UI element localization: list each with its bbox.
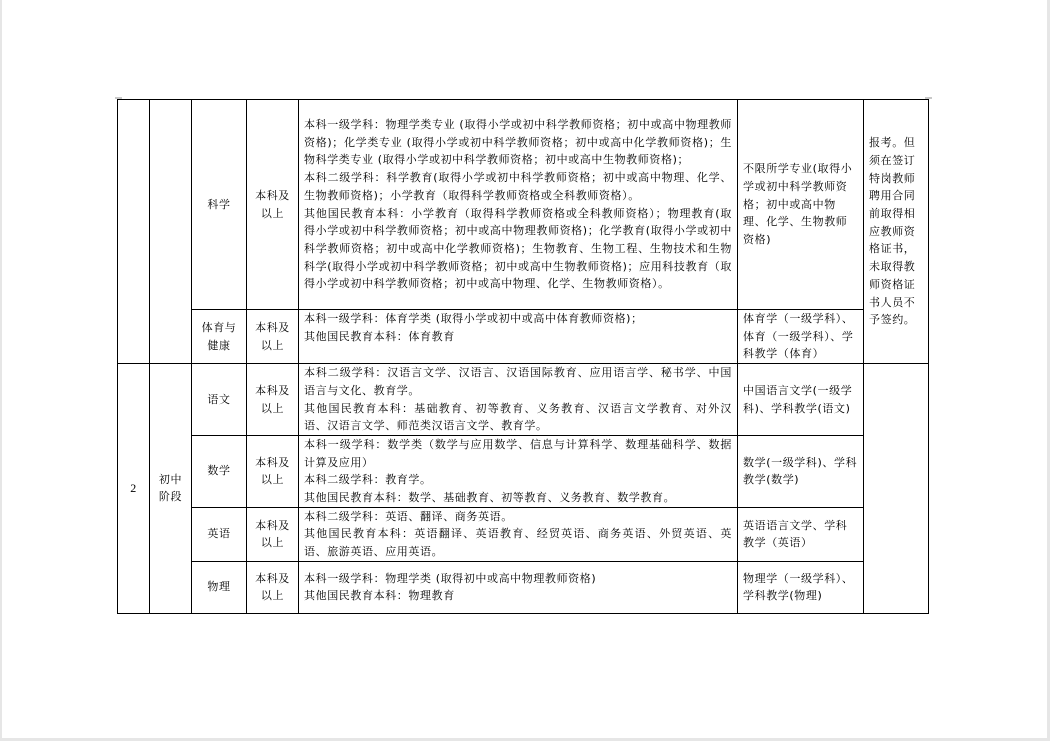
undergrad-major-cell: 本科一级学科：数学类（数学与应用数学、信息与计算科学、数理基础科学、数据计算及应… xyxy=(299,435,738,507)
education-cell: 本科及以上 xyxy=(247,310,299,364)
subject-cell: 数学 xyxy=(192,435,247,507)
undergrad-major-cell: 本科二级学科：英语、翻译、商务英语。 其他国民教育本科：英语翻译、英语教育、经贸… xyxy=(299,507,738,561)
graduate-major-cell: 数学(一级学科)、学科教学(数学) xyxy=(738,435,864,507)
table-row: 科学 本科及以上 本科一级学科：物理学类专业 (取得小学或初中科学教师资格；初中… xyxy=(118,100,929,310)
table-row: 2 初中阶段 语文 本科及以上 本科二级学科：汉语言文学、汉语言、汉语国际教育、… xyxy=(118,364,929,436)
note-cell-empty xyxy=(864,364,929,614)
stage-cell xyxy=(150,100,192,364)
subject-cell: 语文 xyxy=(192,364,247,436)
subject-cell: 科学 xyxy=(192,100,247,310)
subject-cell: 英语 xyxy=(192,507,247,561)
graduate-major-cell: 物理学（一级学科）、学科教学(物理) xyxy=(738,561,864,613)
table-row: 物理 本科及以上 本科一级学科：物理学类 (取得初中或高中物理教师资格) 其他国… xyxy=(118,561,929,613)
education-cell: 本科及以上 xyxy=(247,561,299,613)
undergrad-major-cell: 本科一级学科：体育学类 (取得小学或初中或高中体育教师资格)； 其他国民教育本科… xyxy=(299,310,738,364)
education-cell: 本科及以上 xyxy=(247,100,299,310)
stage-cell: 初中阶段 xyxy=(150,364,192,614)
education-cell: 本科及以上 xyxy=(247,435,299,507)
undergrad-major-cell: 本科一级学科：物理学类专业 (取得小学或初中科学教师资格；初中或高中物理教师资格… xyxy=(299,100,738,310)
graduate-major-cell: 中国语言文学(一级学科)、学科教学(语文) xyxy=(738,364,864,436)
education-cell: 本科及以上 xyxy=(247,364,299,436)
stage-number-cell: 2 xyxy=(118,364,150,614)
recruitment-requirements-table: 科学 本科及以上 本科一级学科：物理学类专业 (取得小学或初中科学教师资格；初中… xyxy=(117,99,929,614)
table-row: 体育与健康 本科及以上 本科一级学科：体育学类 (取得小学或初中或高中体育教师资… xyxy=(118,310,929,364)
graduate-major-cell: 不限所学专业(取得小学或初中科学教师资格；初中或高中物理、化学、生物教师资格) xyxy=(738,100,864,310)
note-cell: 报考。但须在签订特岗教师聘用合同前取得相应教师资格证书，未取得教师资格证书人员不… xyxy=(864,100,929,364)
graduate-major-cell: 体育学（一级学科）、体育（一级学科）、学科教学（体育） xyxy=(738,310,864,364)
subject-cell: 物理 xyxy=(192,561,247,613)
subject-cell: 体育与健康 xyxy=(192,310,247,364)
undergrad-major-cell: 本科二级学科：汉语言文学、汉语言、汉语国际教育、应用语言学、秘书学、中国语言与文… xyxy=(299,364,738,436)
graduate-major-cell: 英语语言文学、学科教学（英语） xyxy=(738,507,864,561)
undergrad-major-cell: 本科一级学科：物理学类 (取得初中或高中物理教师资格) 其他国民教育本科：物理教… xyxy=(299,561,738,613)
table-row: 数学 本科及以上 本科一级学科：数学类（数学与应用数学、信息与计算科学、数理基础… xyxy=(118,435,929,507)
table-row: 英语 本科及以上 本科二级学科：英语、翻译、商务英语。 其他国民教育本科：英语翻… xyxy=(118,507,929,561)
education-cell: 本科及以上 xyxy=(247,507,299,561)
stage-number-cell xyxy=(118,100,150,364)
